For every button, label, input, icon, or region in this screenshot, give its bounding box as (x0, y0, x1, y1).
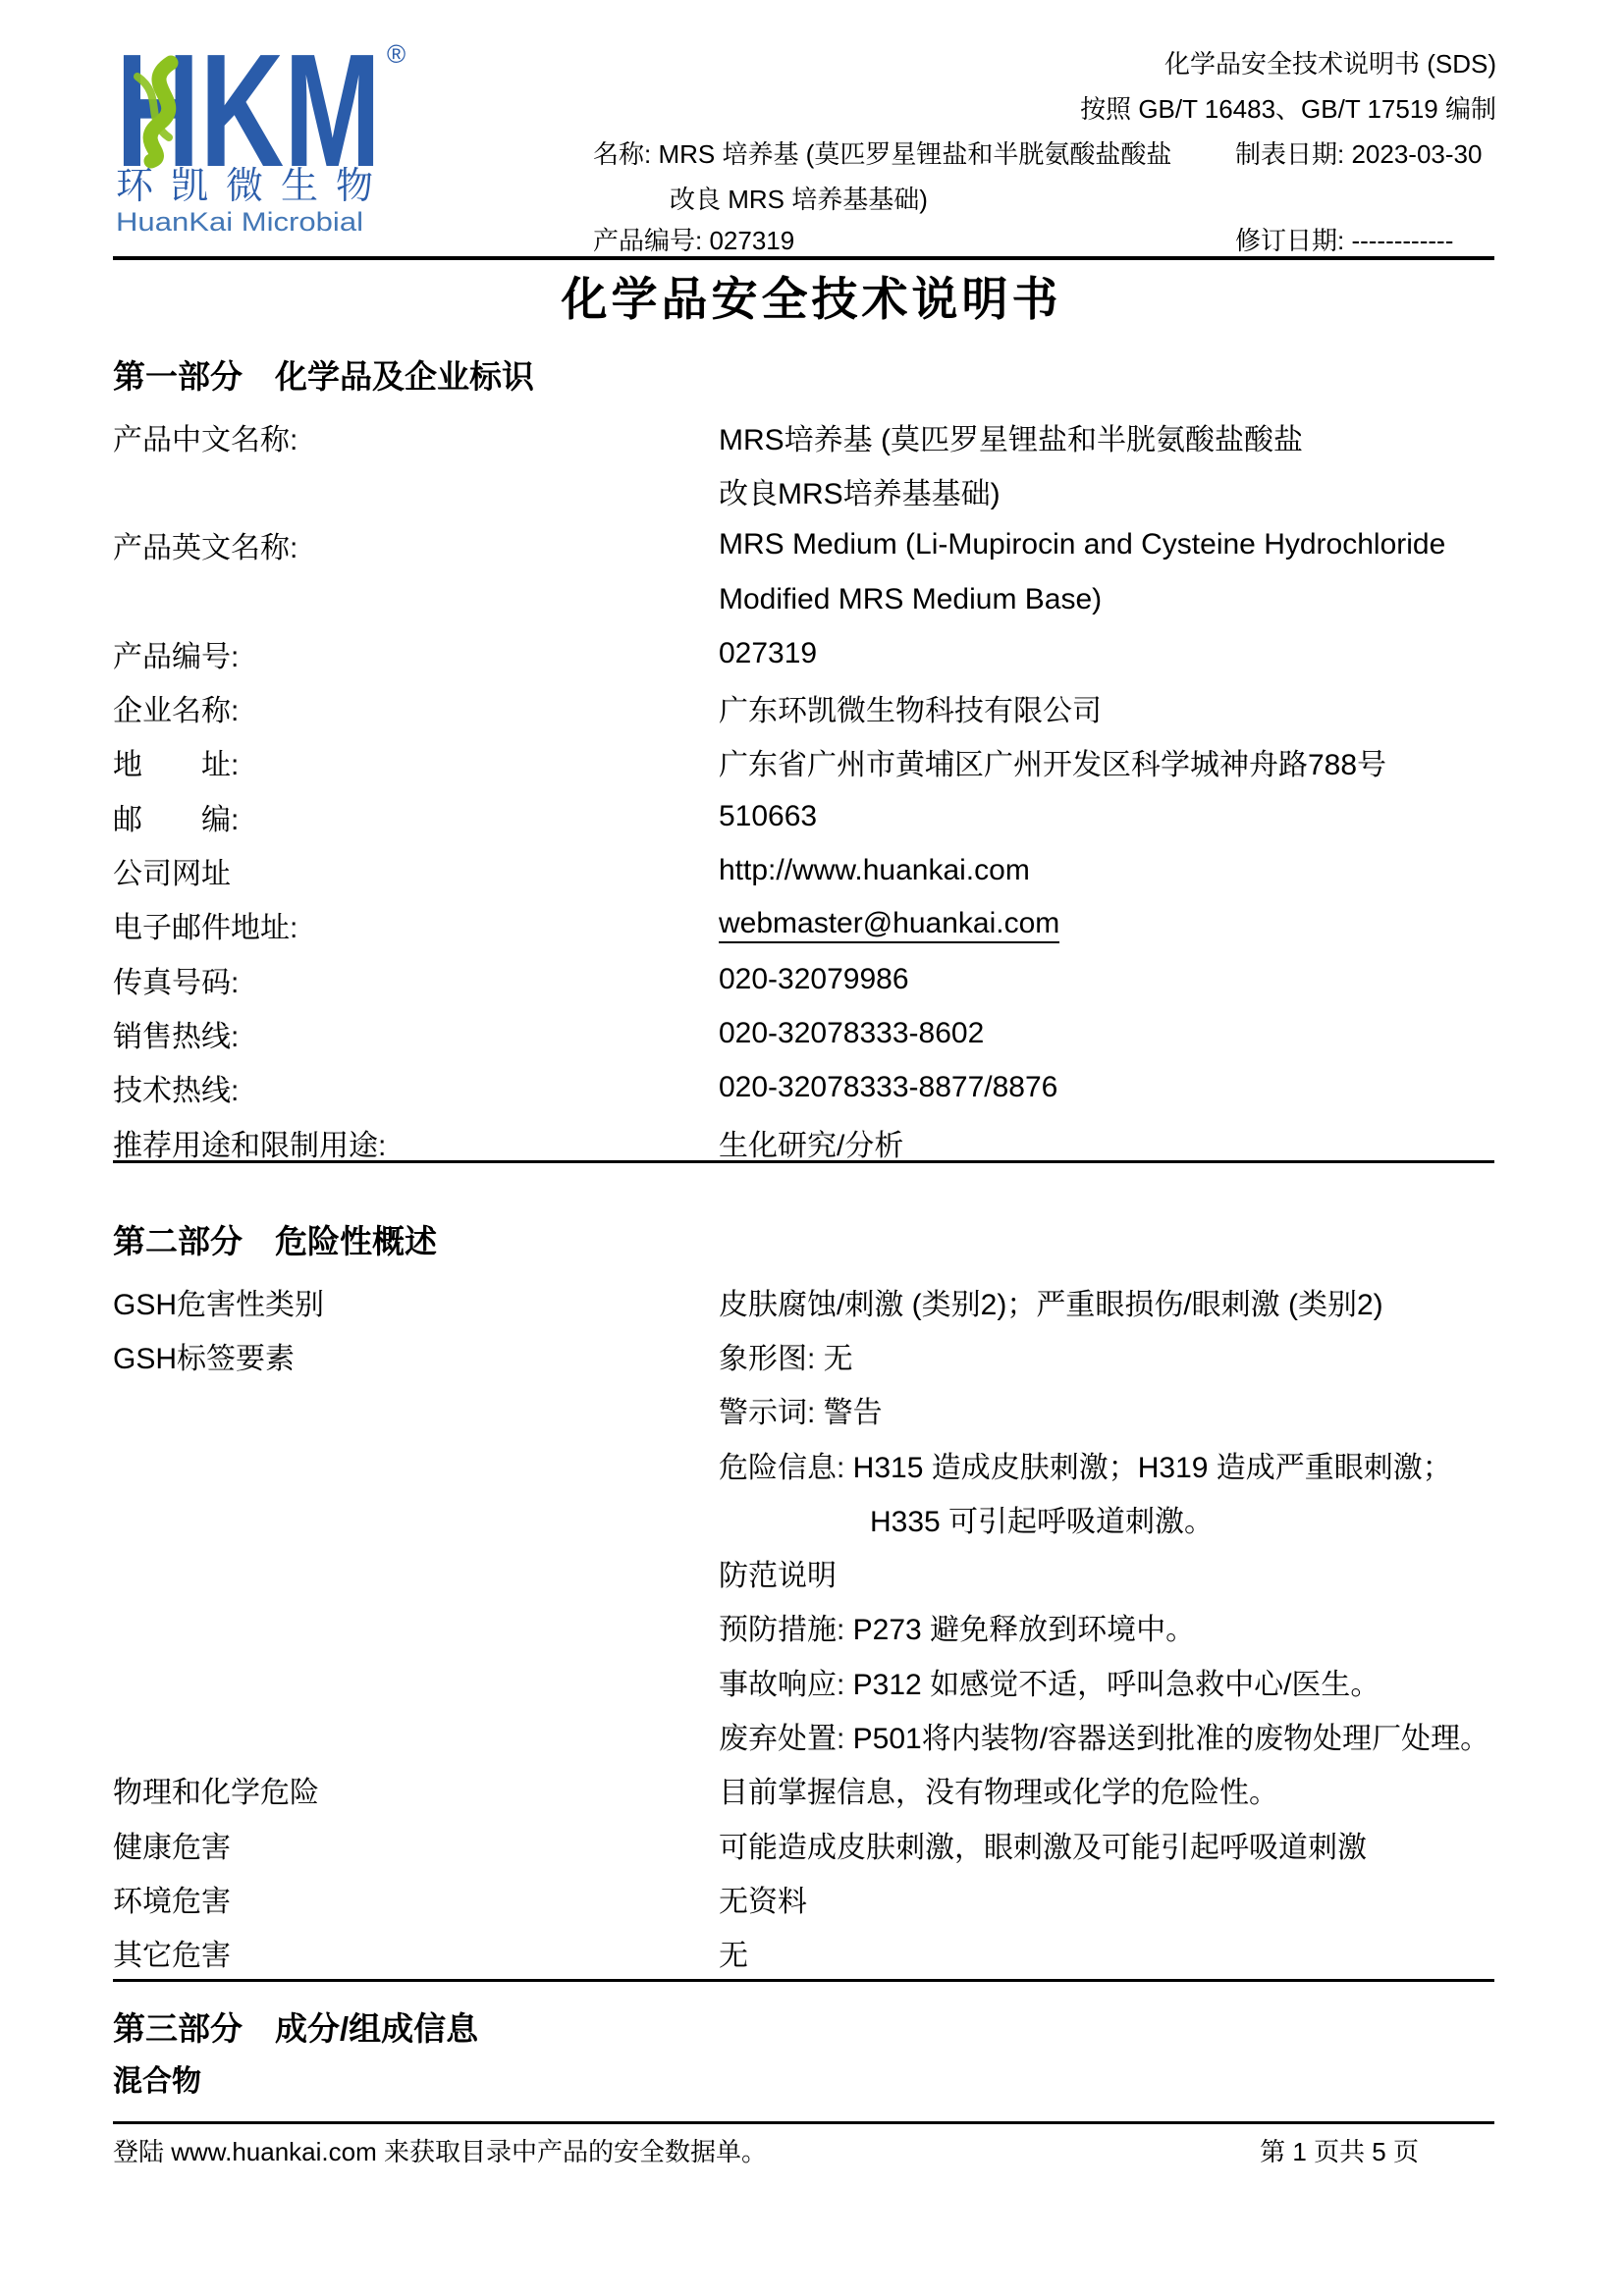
page-number: 第 1 页共 5 页 (1260, 2130, 1419, 2173)
row-product-cn-name-cont: 改良MRS培养基基础) (113, 463, 1494, 517)
footer-divider (113, 2121, 1494, 2124)
field-label: 电子邮件地址: (113, 903, 719, 946)
row-product-en-name: 产品英文名称: MRS Medium (Li-Mupirocin and Cys… (113, 518, 1494, 572)
field-value: 改良MRS培养基基础) (719, 469, 1494, 512)
field-value: Modified MRS Medium Base) (719, 583, 1494, 616)
logo-en-text: HuanKai Microbial (116, 207, 363, 237)
row-sales-hotline: 销售热线: 020-32078333-8602 (113, 1006, 1494, 1060)
row-environmental-hazard: 环境危害 无资料 (113, 1871, 1494, 1925)
field-label: 其它危害 (113, 1931, 719, 1974)
field-label: 推荐用途和限制用途: (113, 1121, 719, 1164)
section1-divider (113, 1160, 1494, 1163)
revised-date: 修订日期: ------------ (1235, 224, 1453, 257)
page-title: 化学品安全技术说明书 (0, 272, 1623, 327)
field-value: 可能造成皮肤刺激，眼刺激及可能引起呼吸道刺激 (719, 1823, 1494, 1866)
field-label: GSH标签要素 (113, 1334, 719, 1377)
field-value: 020-32078333-8877/8876 (719, 1071, 1494, 1104)
product-name-line2: 改良 MRS 培养基基础) (670, 183, 928, 216)
section2-heading: 第二部分 危险性概述 (113, 1220, 437, 1263)
field-label: 产品编号: (113, 632, 719, 675)
section1-rows: 产品中文名称: MRS培养基 (莫匹罗星锂盐和半胱氨酸盐酸盐 改良MRS培养基基… (113, 409, 1494, 1169)
field-label: 健康危害 (113, 1823, 719, 1866)
field-value: 废弃处置: P501将内装物/容器送到批准的废物处理厂处理。 (719, 1714, 1494, 1757)
row-website: 公司网址 http://www.huankai.com (113, 843, 1494, 897)
field-label: 邮 编: (113, 795, 719, 838)
row-ghs-hazard-info-cont: H335 可引起呼吸道刺激。 (113, 1491, 1494, 1545)
field-label: 技术热线: (113, 1066, 719, 1109)
field-value: 020-32079986 (719, 963, 1494, 996)
registered-trademark-icon: ® (387, 39, 406, 69)
row-product-code: 产品编号: 027319 (113, 626, 1494, 680)
field-label: 环境危害 (113, 1877, 719, 1920)
mixture-subheading: 混合物 (113, 2055, 201, 2109)
doc-type-line: 化学品安全技术说明书 (SDS) (1164, 47, 1496, 80)
row-ghs-hazard-info: 危险信息: H315 造成皮肤刺激；H319 造成严重眼刺激； (113, 1437, 1494, 1491)
field-label: 地 址: (113, 740, 719, 783)
field-value: MRS培养基 (莫匹罗星锂盐和半胱氨酸盐酸盐 (719, 415, 1494, 458)
field-value: 广东省广州市黄埔区广州开发区科学城神舟路788号 (719, 740, 1494, 783)
field-label: 公司网址 (113, 849, 719, 892)
field-label: GSH危害性类别 (113, 1280, 719, 1323)
field-value: 无 (719, 1931, 1494, 1974)
row-health-hazard: 健康危害 可能造成皮肤刺激，眼刺激及可能引起呼吸道刺激 (113, 1817, 1494, 1871)
field-value: H335 可引起呼吸道刺激。 (719, 1497, 1494, 1540)
field-value: 广东环凯微生物科技有限公司 (719, 686, 1494, 729)
field-label: 传真号码: (113, 958, 719, 1001)
row-product-cn-name: 产品中文名称: MRS培养基 (莫匹罗星锂盐和半胱氨酸盐酸盐 (113, 409, 1494, 463)
row-tech-hotline: 技术热线: 020-32078333-8877/8876 (113, 1061, 1494, 1115)
field-value: 防范说明 (719, 1551, 1494, 1594)
field-value: 警示词: 警告 (719, 1388, 1494, 1431)
row-accident-response: 事故响应: P312 如感觉不适，呼叫急救中心/医生。 (113, 1654, 1494, 1708)
field-value: 象形图: 无 (719, 1334, 1494, 1377)
field-value: 目前掌握信息，没有物理或化学的危险性。 (719, 1768, 1494, 1811)
sds-document-page: HKM ® 环凯微生物 HuanKai Microbial 化学品安全技术说明书… (0, 0, 1623, 2296)
section3-heading: 第三部分 成分/组成信息 (113, 2007, 478, 2051)
row-disposal: 废弃处置: P501将内装物/容器送到批准的废物处理厂处理。 (113, 1708, 1494, 1762)
field-value: 020-32078333-8602 (719, 1017, 1494, 1050)
created-date: 制表日期: 2023-03-30 (1235, 137, 1482, 171)
row-ghs-hazard-class: GSH危害性类别 皮肤腐蚀/刺激 (类别2)；严重眼损伤/眼刺激 (类别2) (113, 1274, 1494, 1328)
product-name-line1: 名称: MRS 培养基 (莫匹罗星锂盐和半胱氨酸盐酸盐 (593, 137, 1171, 171)
field-label: 销售热线: (113, 1012, 719, 1055)
field-value: 510663 (719, 800, 1494, 833)
hkm-logo-graphic: HKM ® 环凯微生物 HuanKai Microbial (116, 35, 450, 241)
row-email: 电子邮件地址: webmaster@huankai.com (113, 898, 1494, 952)
header-divider (113, 256, 1494, 260)
section2-rows: GSH危害性类别 皮肤腐蚀/刺激 (类别2)；严重眼损伤/眼刺激 (类别2) G… (113, 1274, 1494, 1980)
field-label: 产品中文名称: (113, 415, 719, 458)
row-physical-chemical-hazard: 物理和化学危险 目前掌握信息，没有物理或化学的危险性。 (113, 1763, 1494, 1817)
page-footer: 登陆 www.huankai.com 来获取目录中产品的安全数据单。 第 1 页… (113, 2130, 1494, 2173)
field-value: MRS Medium (Li-Mupirocin and Cysteine Hy… (719, 528, 1494, 561)
website-url: http://www.huankai.com (719, 854, 1494, 887)
field-value: 预防措施: P273 避免释放到环境中。 (719, 1605, 1494, 1648)
field-label: 企业名称: (113, 686, 719, 729)
row-product-en-name-cont: Modified MRS Medium Base) (113, 572, 1494, 626)
row-postal-code: 邮 编: 510663 (113, 789, 1494, 843)
row-fax: 传真号码: 020-32079986 (113, 952, 1494, 1006)
standard-line: 按照 GB/T 16483、GB/T 17519 编制 (1080, 92, 1496, 126)
section2-divider (113, 1979, 1494, 1982)
row-ghs-label-pictogram: GSH标签要素 象形图: 无 (113, 1328, 1494, 1382)
hkm-logo: HKM ® 环凯微生物 HuanKai Microbial (116, 35, 450, 241)
field-label: 物理和化学危险 (113, 1768, 719, 1811)
footer-note: 登陆 www.huankai.com 来获取目录中产品的安全数据单。 (113, 2130, 767, 2173)
field-value: 危险信息: H315 造成皮肤刺激；H319 造成严重眼刺激； (719, 1443, 1494, 1486)
row-address: 地 址: 广东省广州市黄埔区广州开发区科学城神舟路788号 (113, 735, 1494, 789)
product-number-line: 产品编号: 027319 (593, 224, 794, 257)
row-precaution-title: 防范说明 (113, 1545, 1494, 1599)
row-other-hazard: 其它危害 无 (113, 1926, 1494, 1980)
field-value: 皮肤腐蚀/刺激 (类别2)；严重眼损伤/眼刺激 (类别2) (719, 1280, 1494, 1323)
row-company-name: 企业名称: 广东环凯微生物科技有限公司 (113, 680, 1494, 734)
field-value: 无资料 (719, 1877, 1494, 1920)
email-link[interactable]: webmaster@huankai.com (719, 907, 1059, 943)
row-prevention: 预防措施: P273 避免释放到环境中。 (113, 1600, 1494, 1654)
field-value: 事故响应: P312 如感觉不适，呼叫急救中心/医生。 (719, 1660, 1494, 1703)
field-value: 生化研究/分析 (719, 1121, 1494, 1164)
field-label: 产品英文名称: (113, 523, 719, 566)
section1-heading: 第一部分 化学品及企业标识 (113, 355, 534, 399)
row-ghs-signal-word: 警示词: 警告 (113, 1383, 1494, 1437)
field-value: 027319 (719, 637, 1494, 670)
